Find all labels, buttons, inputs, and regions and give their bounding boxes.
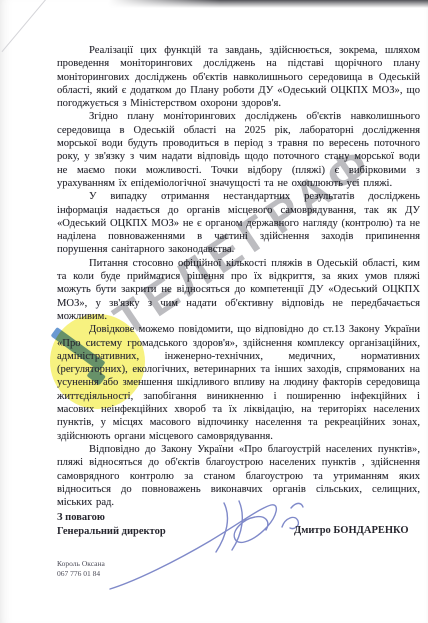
contact-name: Король Оксана	[57, 559, 105, 569]
paragraph-5: Довідкове можемо повідомити, що відповід…	[57, 323, 420, 443]
paragraph-1: Реалізації цих функцій та завдань, здійс…	[57, 44, 420, 110]
paragraph-2: Згідно плану моніторингових досліджень о…	[57, 110, 420, 190]
paragraph-4: Питання стосовно офіційної кількості пля…	[57, 257, 420, 323]
scanned-letter-page: Реалізації цих функцій та завдань, здійс…	[0, 0, 428, 623]
fold-line-artifact	[2, 0, 46, 52]
handwritten-signature	[106, 495, 306, 595]
paragraph-3: У випадку отримання нестандартних резуль…	[57, 190, 420, 256]
letter-body: Реалізації цих функцій та завдань, здійс…	[57, 44, 420, 509]
contact-block: Король Оксана 067 776 01 84	[57, 559, 105, 578]
contact-phone: 067 776 01 84	[57, 569, 105, 579]
signer-name: Дмитро БОНДАРЕНКО	[294, 525, 409, 536]
scan-edge-artifact	[108, 0, 428, 8]
